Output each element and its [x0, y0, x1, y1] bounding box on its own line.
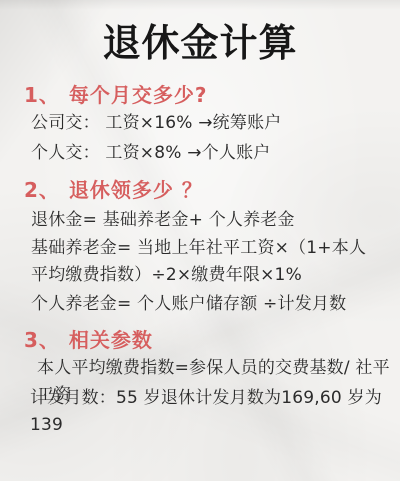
section-2-heading: 2、退休领多少 ？	[24, 174, 203, 203]
section-3-number: 3、	[24, 328, 60, 352]
payout-months-line: 计发月数：55 岁退休计发月数为169,60 岁为139	[30, 385, 400, 439]
section-2-title: 退休领多少 ？	[69, 178, 203, 202]
basic-pension-formula-line: 基础养老金= 当地上年社平工资×（1+本人平均缴费指数）÷2×缴费年限×1%	[31, 235, 383, 289]
page-title: 退休金计算	[0, 12, 400, 67]
section-3-heading: 3、相关参数	[24, 324, 153, 353]
section-1-number: 1、	[24, 83, 60, 107]
personal-contribution-line: 个人交： 工资×8% →个人账户	[31, 140, 270, 167]
individual-pension-formula-line: 个人养老金= 个人账户储存额 ÷计发月数	[31, 291, 346, 318]
company-contribution-line: 公司交： 工资×16% →统筹账户	[31, 110, 281, 137]
section-3-title: 相关参数	[69, 328, 153, 352]
section-2-number: 2、	[24, 178, 60, 202]
section-1-title: 每个月交多少?	[69, 83, 208, 107]
section-1-heading: 1、每个月交多少?	[24, 79, 208, 108]
pension-formula-line: 退休金= 基础养老金+ 个人养老金	[31, 207, 295, 234]
pension-calculation-note: 退休金计算 1、每个月交多少? 公司交： 工资×16% →统筹账户 个人交： 工…	[0, 0, 400, 481]
